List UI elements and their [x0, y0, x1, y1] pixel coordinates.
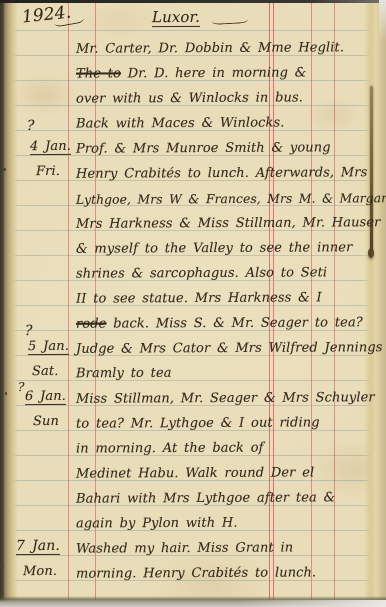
scan-top-edge	[0, 0, 386, 3]
diary-line: morning. Henry Crabités to lunch.	[76, 563, 316, 584]
page-corner	[379, 0, 386, 42]
line-text: Judge & Mrs Cator & Mrs Wilfred Jennings	[76, 340, 383, 357]
line-text: Lythgoe, Mrs W & Frances, Mrs M. & Marga…	[76, 191, 386, 207]
diary-line: Medinet Habu. Walk round Der el	[76, 463, 314, 484]
line-text: in morning. At the back of	[76, 441, 264, 457]
query-mark: ?	[27, 116, 35, 136]
entry-date: 5 Jan.	[28, 337, 69, 357]
diary-line: Judge & Mrs Cator & Mrs Wilfred Jennings	[76, 338, 383, 360]
pressed-stem-mark	[368, 248, 374, 258]
line-text: Washed my hair. Miss Grant in	[76, 540, 293, 556]
red-margin-line	[68, 0, 69, 607]
entry-date-text: 5 Jan.	[28, 339, 69, 355]
entry-date: 4 Jan.	[30, 137, 71, 157]
diary-line: rode back. Miss S. & Mr. Seager to tea?	[76, 313, 363, 335]
diary-line: Mrs Harkness & Miss Stillman, Mr. Hauser	[76, 213, 381, 235]
diary-line: Washed my hair. Miss Grant in	[76, 538, 293, 559]
line-text: Prof. & Mrs Munroe Smith & young	[76, 140, 331, 156]
line-text: Mrs Harkness & Miss Stillman, Mr. Hauser	[76, 215, 380, 232]
diary-line: Lythgoe, Mrs W & Frances, Mrs M. & Marga…	[76, 188, 386, 210]
query-mark: ?	[18, 377, 25, 397]
red-margin-line	[334, 0, 335, 607]
entry-date: 7 Jan.	[16, 536, 60, 556]
line-text: again by Pylon with H.	[76, 516, 238, 532]
line-text: & myself to the Valley to see the inner	[76, 240, 352, 256]
entry-date: 6 Jan.	[25, 387, 66, 407]
place-title-text: Luxor.	[152, 8, 200, 27]
struck-text: The to	[76, 66, 121, 81]
entry-day: Fri.	[36, 162, 60, 182]
entry-date-text: 7 Jan.	[16, 538, 60, 555]
line-text: Bramly to tea	[76, 366, 172, 382]
diary-line: Henry Crabités to lunch. Afterwards, Mrs	[76, 163, 367, 185]
diary-line: The to Dr. D. here in morning &	[76, 63, 307, 84]
diary-line: Bahari with Mrs Lythgoe after tea &	[76, 488, 335, 509]
line-text: II to see statue. Mrs Harkness & I	[76, 290, 322, 306]
line-text: Bahari with Mrs Lythgoe after tea &	[76, 490, 335, 506]
diary-line: Prof. & Mrs Munroe Smith & young	[76, 138, 331, 159]
diary-page-scan: 1924. Luxor. ? 4 Jan. Fri. ? 5 Jan. Sat.…	[0, 0, 386, 607]
line-text: over with us & Winlocks in bus.	[76, 90, 303, 106]
entry-day: Sun	[33, 412, 59, 432]
entry-date-text: 6 Jan.	[25, 389, 66, 405]
diary-line: again by Pylon with H.	[76, 514, 238, 535]
line-text: Miss Stillman, Mr. Seager & Mrs Schuyler	[76, 390, 375, 407]
line-text: back. Miss S. & Mr. Seager to tea?	[106, 315, 362, 331]
line-text: Henry Crabités to lunch. Afterwards, Mrs	[76, 165, 367, 182]
diary-line: Bramly to tea	[76, 364, 172, 385]
ink-speck	[5, 392, 7, 395]
underline-flourish	[212, 16, 248, 25]
scan-bottom-edge	[236, 600, 386, 607]
entry-day: Sat.	[32, 362, 59, 382]
line-text: Medinet Habu. Walk round Der el	[76, 465, 314, 481]
entry-date-text: 4 Jan.	[30, 139, 71, 155]
line-text: Back with Maces & Winlocks.	[76, 115, 285, 131]
place-title: Luxor.	[152, 7, 200, 27]
binding-edge	[0, 0, 18, 607]
entry-day: Mon.	[23, 562, 57, 582]
diary-line: in morning. At the back of	[76, 439, 264, 460]
diary-line: shrines & sarcophagus. Also to Seti	[76, 263, 327, 284]
line-text: morning. Henry Crabités to lunch.	[76, 565, 316, 581]
ink-speck	[1, 566, 4, 568]
line-text: Mr. Carter, Dr. Dobbin & Mme Heglit.	[76, 40, 344, 56]
diary-line: to tea? Mr. Lythgoe & I out riding	[76, 413, 320, 434]
diary-line: Mr. Carter, Dr. Dobbin & Mme Heglit.	[76, 38, 344, 59]
struck-text: rode	[76, 317, 107, 332]
page-edge	[364, 0, 386, 607]
line-text: Dr. D. here in morning &	[121, 65, 306, 81]
diary-line: over with us & Winlocks in bus.	[76, 88, 303, 109]
ink-speck	[3, 168, 6, 171]
diary-line: II to see statue. Mrs Harkness & I	[76, 288, 322, 309]
line-text: to tea? Mr. Lythgoe & I out riding	[76, 415, 320, 431]
line-text: shrines & sarcophagus. Also to Seti	[76, 265, 327, 281]
diary-line: & myself to the Valley to see the inner	[76, 238, 352, 259]
diary-line: Back with Maces & Winlocks.	[76, 113, 285, 134]
diary-line: Miss Stillman, Mr. Seager & Mrs Schuyler	[76, 388, 375, 410]
